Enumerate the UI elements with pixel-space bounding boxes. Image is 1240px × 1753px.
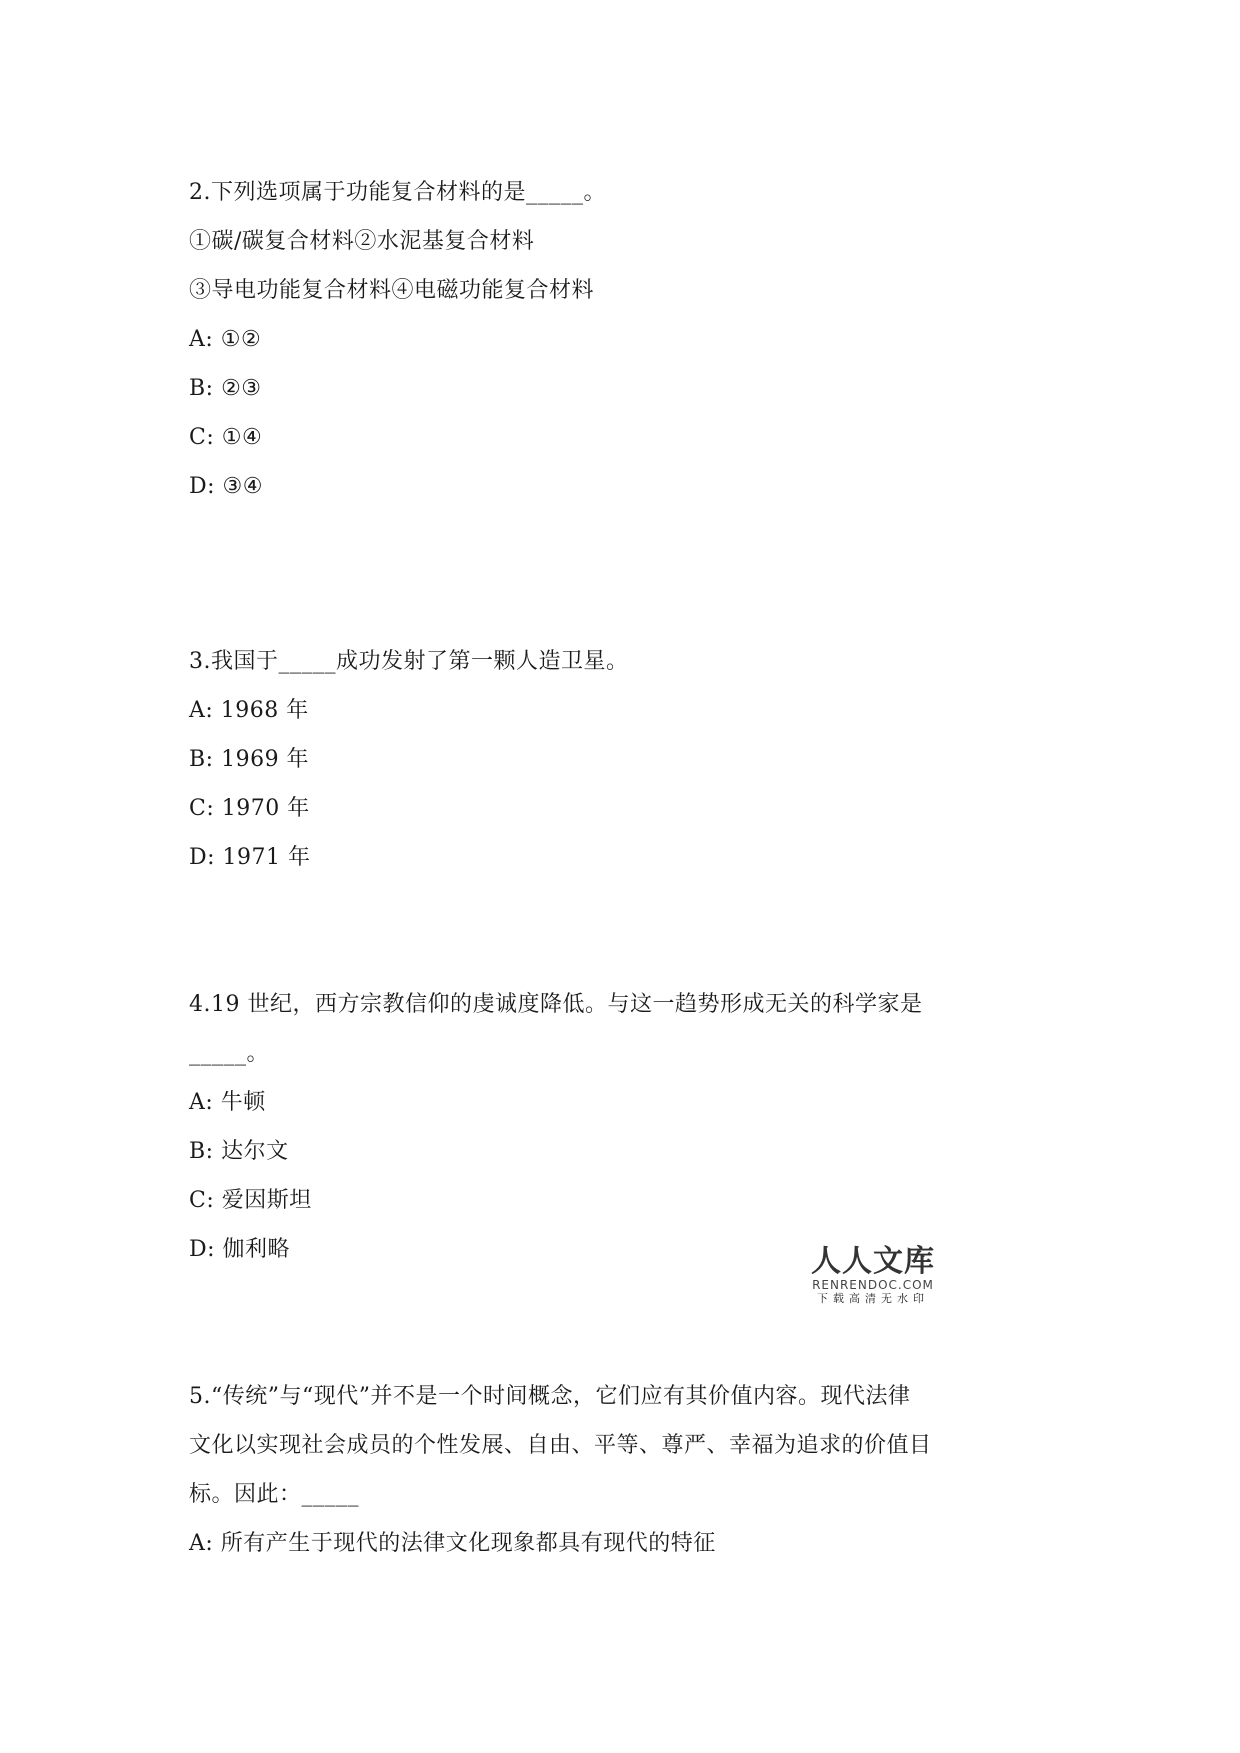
question-2-stem-line-2: ①碳/碳复合材料②水泥基复合材料 xyxy=(189,227,534,257)
question-4-stem-line-2: _____。 xyxy=(189,1039,269,1069)
question-2-option-c: C: ①④ xyxy=(189,423,262,453)
watermark-title: 人人文库 xyxy=(808,1246,938,1278)
question-4-option-b: B: 达尔文 xyxy=(189,1137,289,1167)
question-2-stem-line-3: ③导电功能复合材料④电磁功能复合材料 xyxy=(189,276,594,306)
question-4-stem-line-1: 4.19 世纪，西方宗教信仰的虔诚度降低。与这一趋势形成无关的科学家是 xyxy=(189,990,922,1020)
question-5-option-a: A: 所有产生于现代的法律文化现象都具有现代的特征 xyxy=(189,1529,716,1559)
question-2-option-d: D: ③④ xyxy=(189,472,263,502)
question-3-option-b: B: 1969 年 xyxy=(189,745,309,775)
question-3-option-d: D: 1971 年 xyxy=(189,843,311,873)
question-4-option-d: D: 伽利略 xyxy=(189,1235,290,1265)
renrendoc-watermark: 人人文库 RENRENDOC.COM 下载高清无水印 xyxy=(808,1246,938,1306)
watermark-subtitle: 下载高清无水印 xyxy=(808,1292,938,1306)
question-3-option-c: C: 1970 年 xyxy=(189,794,310,824)
question-5-stem-line-3: 标。因此：_____ xyxy=(189,1480,359,1510)
watermark-url: RENRENDOC.COM xyxy=(808,1278,938,1292)
question-2-option-b: B: ②③ xyxy=(189,374,262,404)
question-2-option-a: A: ①② xyxy=(189,325,261,355)
question-5-stem-line-1: 5.“传统”与“现代”并不是一个时间概念，它们应有其价值内容。现代法律 xyxy=(189,1382,910,1412)
question-5-stem-line-2: 文化以实现社会成员的个性发展、自由、平等、尊严、幸福为追求的价值目 xyxy=(189,1431,932,1461)
question-2-stem-line-1: 2.下列选项属于功能复合材料的是_____。 xyxy=(189,178,606,208)
question-3-stem-line-1: 3.我国于_____成功发射了第一颗人造卫星。 xyxy=(189,647,629,677)
question-4-option-a: A: 牛顿 xyxy=(189,1088,266,1118)
question-3-option-a: A: 1968 年 xyxy=(189,696,309,726)
question-4-option-c: C: 爱因斯坦 xyxy=(189,1186,312,1216)
document-page: 2.下列选项属于功能复合材料的是_____。 ①碳/碳复合材料②水泥基复合材料 … xyxy=(0,0,1240,1753)
